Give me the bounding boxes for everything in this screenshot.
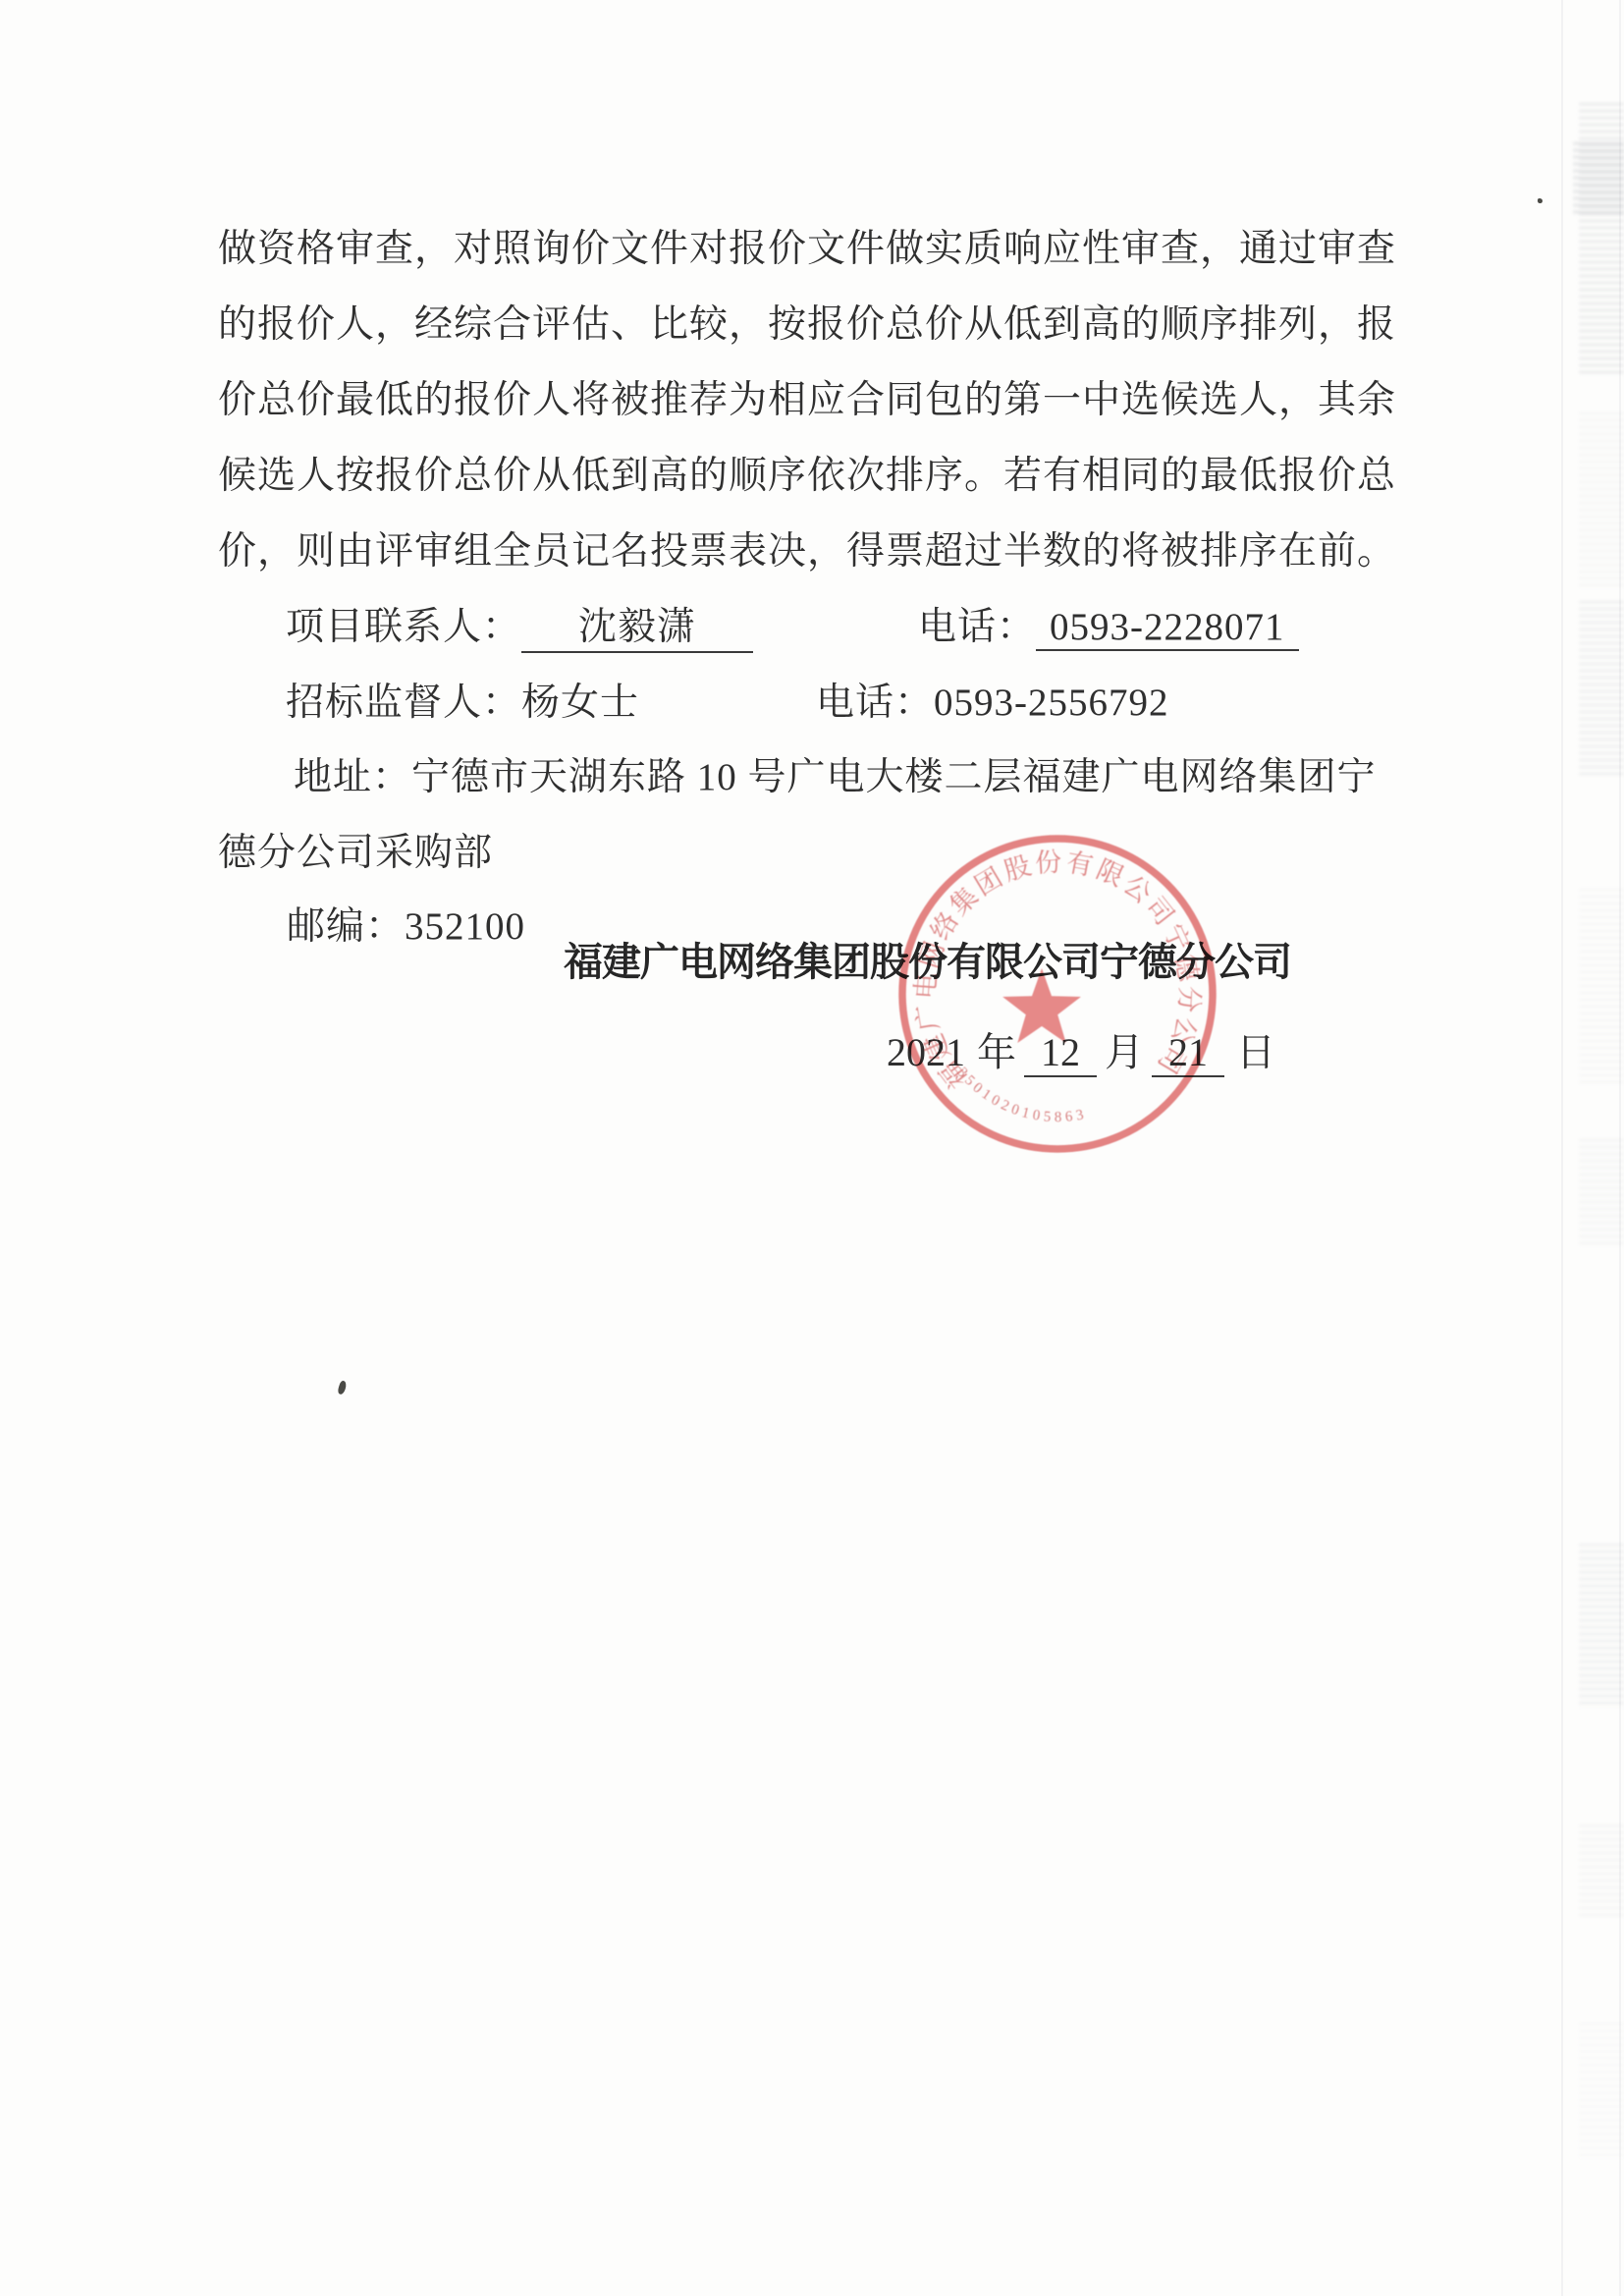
address-line-1: 地址：宁德市天湖东路 10 号广电大楼二层福建广电网络集团宁 [294,746,1377,801]
postcode-value: 352100 [405,905,525,948]
date-day-unit: 日 [1236,1030,1275,1074]
address-line-2: 德分公司采购部 [218,822,493,877]
scan-streak-artifact [1579,412,1624,589]
document-page: 做资格审查，对照询价文件对报价文件做实质响应性审查，通过审查 的报价人，经综合评… [0,0,1624,2296]
scan-streak-artifact [1579,1544,1624,1709]
address-label: 地址： [294,756,411,798]
project-phone-label: 电话： [918,606,1036,648]
supervisor-name: 杨女士 [521,682,639,724]
scan-streak-artifact [1579,2023,1624,2160]
project-contact-line: 项目联系人：沈毅潇电话：0593-2228071 [286,596,1299,653]
supervisor-phone-label: 电话： [816,682,934,724]
seal-serial-number: 3501020105863 [953,1065,1089,1125]
seal-star-icon [1002,968,1081,1043]
seal-serial-container: 3501020105863 [953,1065,1089,1125]
project-contact-name: 沈毅潇 [521,596,753,653]
paragraph-line-1: 做资格审查，对照询价文件对报价文件做实质响应性审查，通过审查 [218,218,1373,273]
ink-speck-artifact [337,1380,348,1394]
scan-streak-artifact [1579,1139,1624,1247]
scan-line-artifact-left [1561,0,1563,2296]
seal-ring [902,839,1213,1149]
supervisor-line: 招标监督人：杨女士电话：0593-2556792 [286,672,1169,727]
project-contact-label: 项目联系人： [286,606,521,648]
project-phone-value: 0593-2228071 [1036,605,1299,651]
paragraph-line-4: 候选人按报价总价从低到高的顺序依次排序。若有相同的最低报价总 [218,445,1373,500]
official-seal-stamp: 福建广电网络集团股份有限公司宁德分公司 3501020105863 [894,831,1220,1157]
paragraph-line-2: 的报价人，经综合评估、比较，按报价总价从低到高的顺序排列，报 [218,294,1373,349]
supervisor-phone-value: 0593-2556792 [934,682,1169,724]
supervisor-label: 招标监督人： [286,682,521,724]
seal-arc-text-container: 福建广电网络集团股份有限公司宁德分公司 [910,847,1204,1094]
ink-speck-artifact [1538,198,1543,203]
scan-streak-artifact [1579,1825,1624,1918]
address-value-part1: 宁德市天湖东路 10 号广电大楼二层福建广电网络集团宁 [411,756,1377,798]
postcode-label: 邮编： [287,905,405,948]
postcode-line: 邮编：352100 [287,896,525,951]
paragraph-line-3: 价总价最低的报价人将被推荐为相应合同包的第一中选候选人，其余 [218,369,1373,424]
scan-streak-artifact [1573,142,1624,216]
scan-streak-artifact [1579,889,1624,1085]
scan-streak-artifact [1579,601,1624,776]
seal-arc-text: 福建广电网络集团股份有限公司宁德分公司 [910,847,1204,1094]
paragraph-line-5: 价，则由评审组全员记名投票表决，得票超过半数的将被排序在前。 [218,520,1373,575]
